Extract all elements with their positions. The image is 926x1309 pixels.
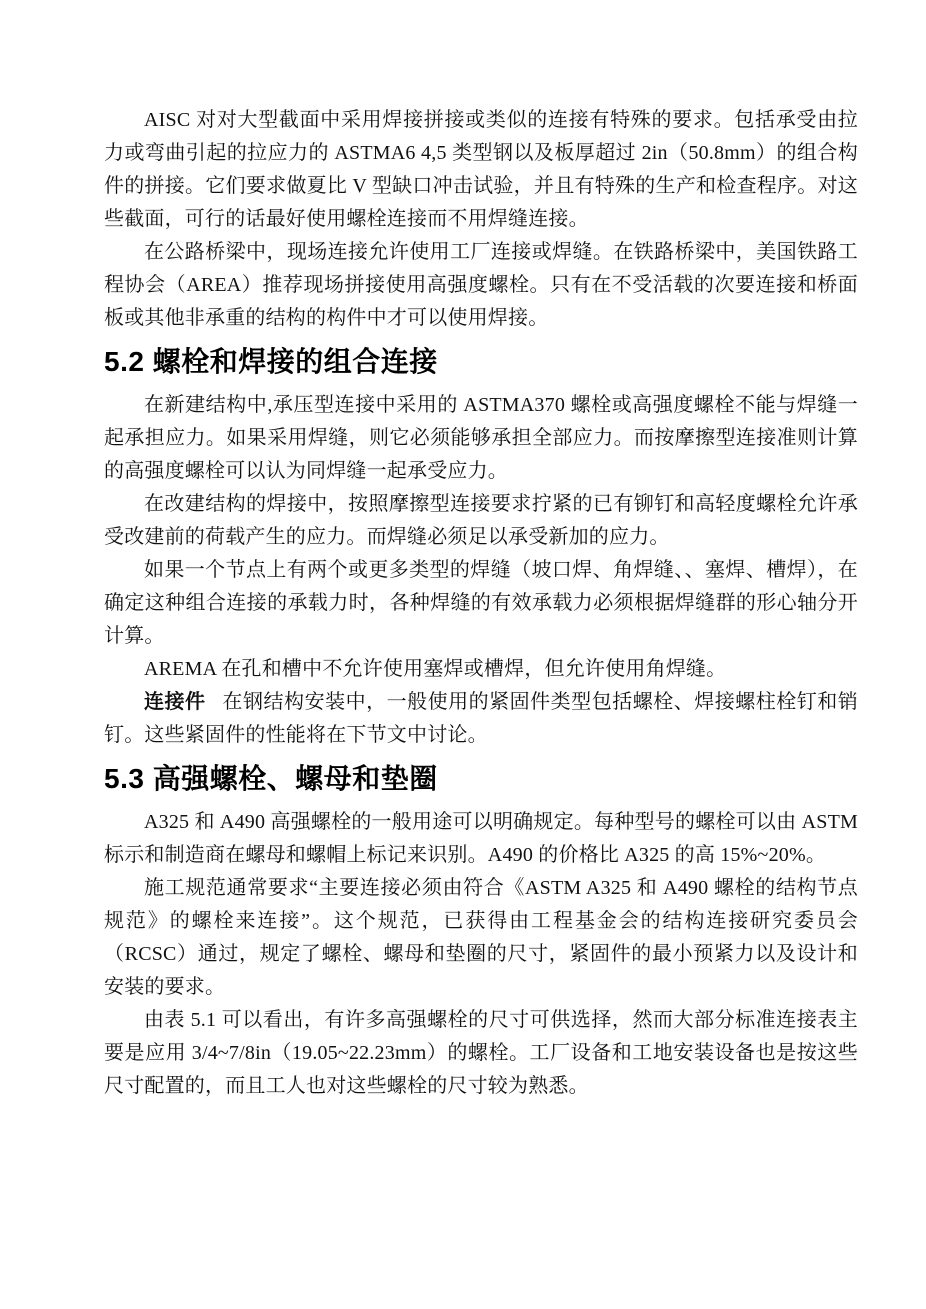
connector-text: 在钢结构安装中，一般使用的紧固件类型包括螺栓、焊接螺柱栓钉和销钉。这些紧固件的性… bbox=[104, 691, 858, 746]
document-content: AISC 对对大型截面中采用焊接拼接或类似的连接有特殊的要求。包括承受由拉力或弯… bbox=[104, 104, 858, 1103]
connector-label: 连接件 bbox=[144, 691, 206, 713]
paragraph-construction-spec: 施工规范通常要求“主要连接必须由符合《ASTM A325 和 A490 螺栓的结… bbox=[104, 872, 858, 1004]
paragraph-highway-railroad-bridges: 在公路桥梁中，现场连接允许使用工厂连接或焊缝。在铁路桥梁中，美国铁路工程协会（A… bbox=[104, 236, 858, 335]
section-heading-5-3: 5.3 高强螺栓、螺母和垫圈 bbox=[104, 761, 858, 797]
paragraph-bolt-sizes: 由表 5.1 可以看出，有许多高强螺栓的尺寸可供选择，然而大部分标准连接表主要是… bbox=[104, 1004, 858, 1103]
paragraph-a325-a490: A325 和 A490 高强螺栓的一般用途可以明确规定。每种型号的螺栓可以由 A… bbox=[104, 806, 858, 872]
paragraph-aisc-requirements: AISC 对对大型截面中采用焊接拼接或类似的连接有特殊的要求。包括承受由拉力或弯… bbox=[104, 104, 858, 236]
paragraph-arema-rule: AREMA 在孔和槽中不允许使用塞焊或槽焊，但允许使用角焊缝。 bbox=[104, 653, 858, 686]
paragraph-weld-types-capacity: 如果一个节点上有两个或更多类型的焊缝（坡口焊、角焊缝、、塞焊、槽焊），在确定这种… bbox=[104, 554, 858, 653]
section-heading-5-2: 5.2 螺栓和焊接的组合连接 bbox=[104, 344, 858, 380]
document-page: AISC 对对大型截面中采用焊接拼接或类似的连接有特殊的要求。包括承受由拉力或弯… bbox=[0, 0, 926, 1309]
paragraph-connectors: 连接件在钢结构安装中，一般使用的紧固件类型包括螺栓、焊接螺柱栓钉和销钉。这些紧固… bbox=[104, 686, 858, 752]
paragraph-retrofit-welding: 在改建结构的焊接中，按照摩擦型连接要求拧紧的已有铆钉和高轻度螺栓允许承受改建前的… bbox=[104, 488, 858, 554]
paragraph-new-structures: 在新建结构中,承压型连接中采用的 ASTMA370 螺栓或高强度螺栓不能与焊缝一… bbox=[104, 389, 858, 488]
